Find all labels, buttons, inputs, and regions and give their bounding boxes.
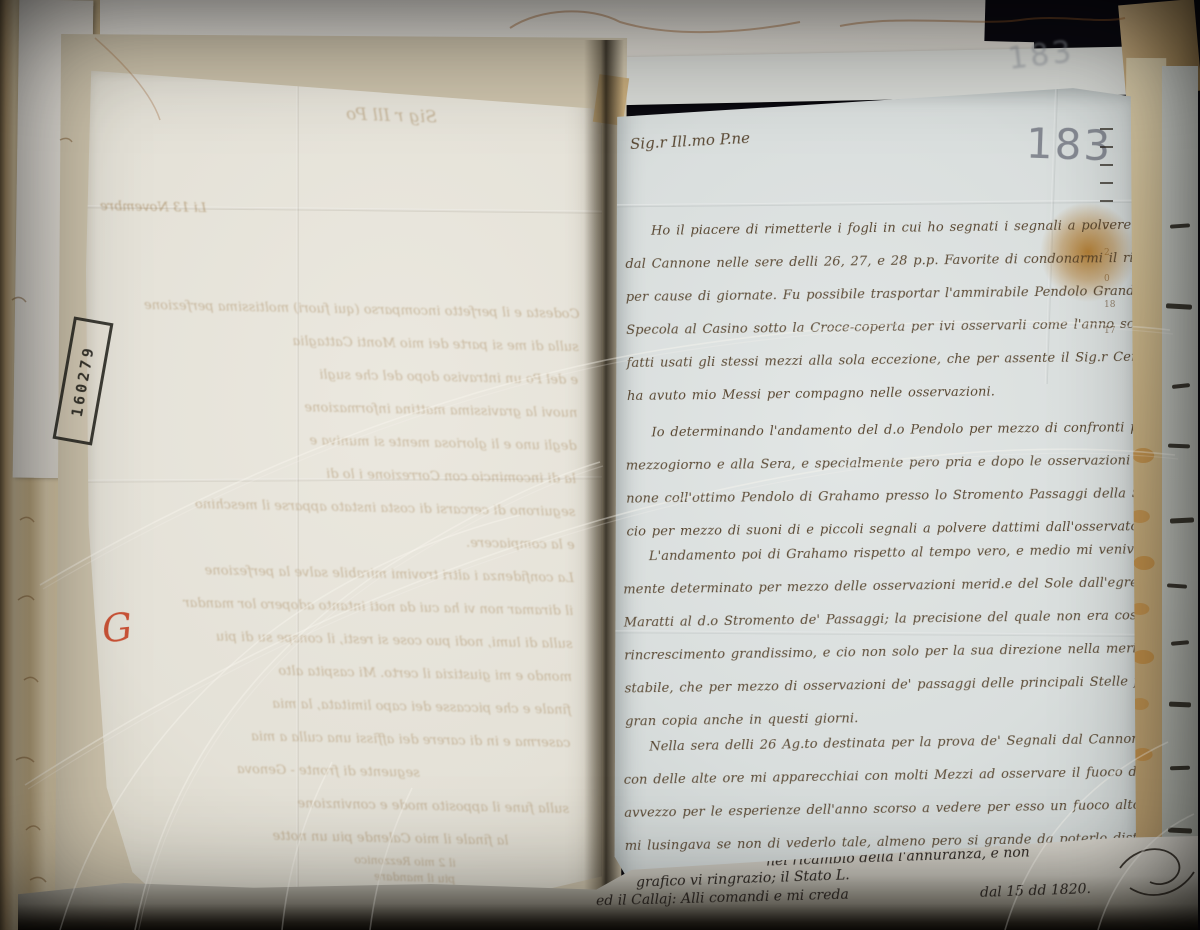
stain-small — [1132, 448, 1154, 463]
page-crease — [612, 200, 1136, 208]
ink-fragment — [1170, 766, 1190, 771]
handwritten-line: fatti usati gli stessi mezzi alla sola e… — [626, 341, 1126, 380]
paragraph-1: Ho il piacere di rimetterle i fogli in c… — [625, 209, 1127, 413]
ink-fragment — [1168, 444, 1190, 449]
handwritten-line: Io determinando l'andamento del d.o Pend… — [625, 411, 1125, 449]
paragraph-2: Io determinando l'andamento del d.o Pend… — [625, 411, 1126, 548]
ink-fragment — [1170, 223, 1190, 228]
handwritten-line: none coll'ottimo Pendolo di Grahamo pres… — [626, 477, 1126, 515]
handwritten-line: stabile, che per mezzo di osservazioni d… — [624, 666, 1124, 706]
ink-fragment — [1168, 827, 1192, 833]
ink-fragment — [1169, 702, 1191, 708]
letter-date: dal 15 dd 1820. — [980, 881, 1091, 901]
ink-fragment — [1171, 640, 1189, 646]
ink-fragment — [1166, 303, 1192, 309]
ink-fragment — [1172, 383, 1190, 389]
stain-small — [1132, 650, 1154, 664]
folio-number-pencil: 183 — [1025, 119, 1113, 171]
margin-tick — [1100, 164, 1113, 166]
handwritten-line: mezzogiorno e alla Sera, e specialmente … — [626, 444, 1126, 482]
paragraph-3: L'andamento poi di Grahamo rispetto al t… — [623, 534, 1126, 739]
stain-small — [1133, 748, 1153, 761]
bleedthrough-date-line: Li 13 Novembre — [100, 199, 207, 216]
ink-fragment — [1170, 517, 1194, 523]
bleedthrough-text-block: Codesta e il perfetto incomparso (qui fu… — [90, 288, 580, 859]
margin-tick — [1100, 182, 1113, 184]
red-registrar-letter: G — [100, 605, 135, 652]
letter-salutation: Sig.r Ill.mo P.ne — [630, 129, 751, 153]
manuscript-photo: 183 Sig r Ill Po Li 13 Novembre Codest — [0, 0, 1200, 930]
right-page: Sig.r Ill.mo P.ne 183 7 2 0 18 17 Ho il … — [612, 84, 1136, 906]
ink-fragment — [1167, 583, 1187, 588]
bleedthrough-postscript: il 2 mio Rezzonico piu il mandare — [353, 852, 456, 888]
margin-tick — [1100, 200, 1113, 202]
stain-small — [1134, 556, 1155, 570]
margin-tick — [1100, 146, 1113, 148]
left-page: Sig r Ill Po Li 13 Novembre Codesta e il… — [86, 58, 602, 906]
bleedthrough-heading: Sig r Ill Po — [346, 104, 438, 127]
margin-tick — [1100, 128, 1113, 130]
paragraph-4: Nella sera delli 26 Ag.to destinata per … — [623, 723, 1125, 863]
handwritten-line: ha avuto mio Messi per compagno nelle os… — [627, 374, 1127, 413]
closing-line-3: ed il Callaj: Alli comandi e mi creda — [596, 887, 849, 910]
right-under-page-edge — [1162, 66, 1198, 922]
